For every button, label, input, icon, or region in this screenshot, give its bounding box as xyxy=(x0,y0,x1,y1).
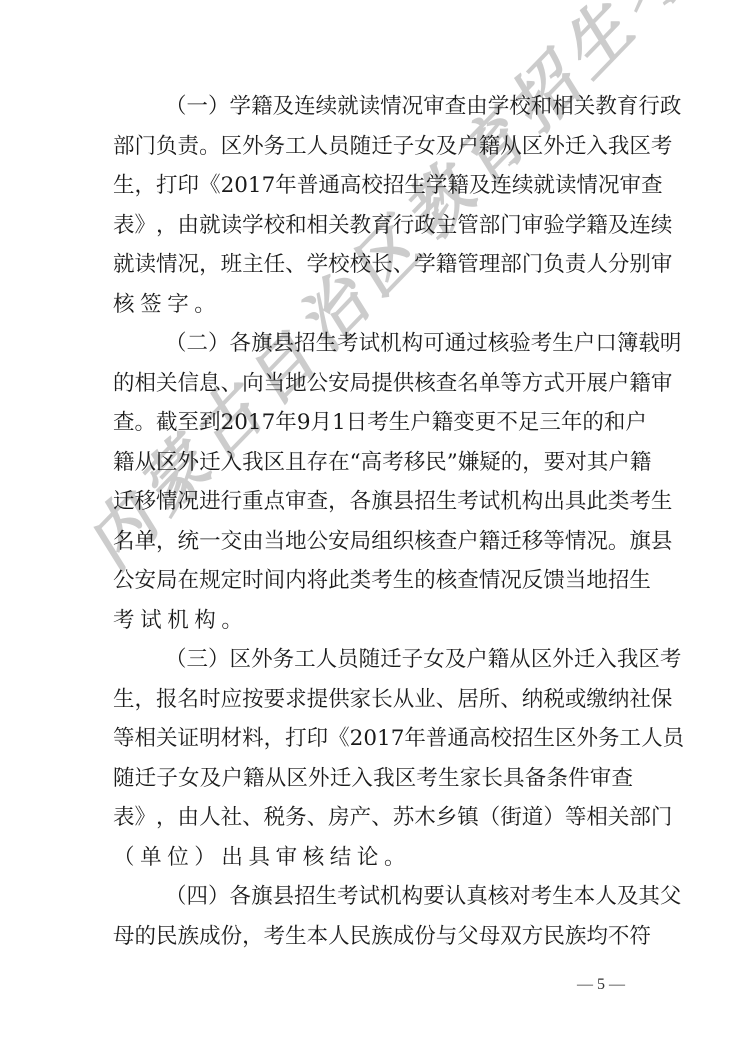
text-line: 核签字。 xyxy=(113,292,633,332)
text-line: 随迁子女及户籍从区外迁入我区考生家长具备条件审查 xyxy=(113,766,633,806)
text-line: （单位）出具审核结论。 xyxy=(113,845,633,885)
text-line: 生，报名时应按要求提供家长从业、居所、纳税或缴纳社保 xyxy=(113,687,633,727)
text-line: 母的民族成份，考生本人民族成份与父母双方民族均不符 xyxy=(113,924,633,964)
text-line: 公安局在规定时间内将此类考生的核查情况反馈当地招生 xyxy=(113,568,633,608)
text-line: 籍从区外迁入我区且存在“高考移民”嫌疑的，要对其户籍 xyxy=(113,450,633,490)
text-line: 等相关证明材料，打印《2017年普通高校招生区外务工人员 xyxy=(113,726,633,766)
page-number: — 5 — xyxy=(577,976,625,994)
text-line: （三）区外务工人员随迁子女及户籍从区外迁入我区考 xyxy=(113,647,633,687)
text-line: 查。截至到2017年9月1日考生户籍变更不足三年的和户 xyxy=(113,410,633,450)
text-line: （四）各旗县招生考试机构要认真核对考生本人及其父 xyxy=(113,884,633,924)
text-line: 迁移情况进行重点审查，各旗县招生考试机构出具此类考生 xyxy=(113,489,633,529)
text-line: 考试机构。 xyxy=(113,608,633,648)
text-line: 表》，由就读学校和相关教育行政主管部门审验学籍及连续 xyxy=(113,213,633,253)
text-line: 就读情况，班主任、学校校长、学籍管理部门负责人分别审 xyxy=(113,252,633,292)
text-line: 名单，统一交由当地公安局组织核查户籍迁移等情况。旗县 xyxy=(113,529,633,569)
text-line: 的相关信息、向当地公安局提供核查名单等方式开展户籍审 xyxy=(113,371,633,411)
text-line: （二）各旗县招生考试机构可通过核验考生户口簿载明 xyxy=(113,331,633,371)
document-page: 内蒙古自治区教育招生考试中心 （一）学籍及连续就读情况审查由学校和相关教育行政 … xyxy=(0,0,744,1053)
text-line: 生，打印《2017年普通高校招生学籍及连续就读情况审查 xyxy=(113,173,633,213)
text-line: （一）学籍及连续就读情况审查由学校和相关教育行政 xyxy=(113,94,633,134)
text-line: 部门负责。区外务工人员随迁子女及户籍从区外迁入我区考 xyxy=(113,134,633,174)
document-body: （一）学籍及连续就读情况审查由学校和相关教育行政 部门负责。区外务工人员随迁子女… xyxy=(113,94,643,963)
text-line: 表》，由人社、税务、房产、苏木乡镇（街道）等相关部门 xyxy=(113,805,633,845)
